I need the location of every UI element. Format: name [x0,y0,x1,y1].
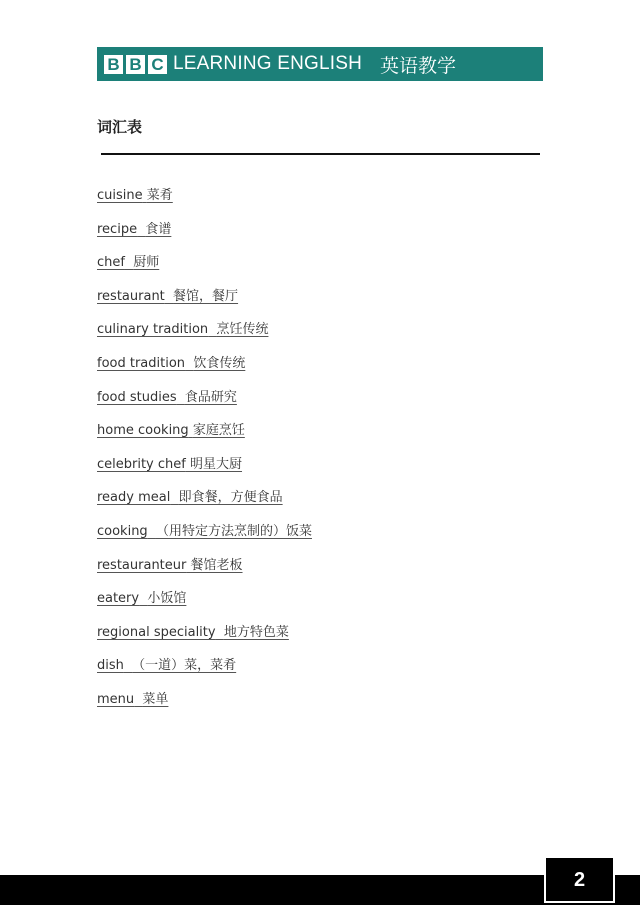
chinese-translation: 餐馆老板 [191,558,243,573]
chinese-translation: 厨师 [133,255,159,270]
vocabulary-entry: restaurant 餐馆，餐厅 [97,289,238,304]
bbc-logo-letter: C [148,55,167,74]
english-term: ready meal [97,490,170,505]
bbc-logo-letter: B [104,55,123,74]
vocabulary-entry: cooking （用特定方法烹制的）饭菜 [97,524,312,539]
vocabulary-item: celebrity chef 明星大厨 [97,453,312,487]
term-separator [170,490,178,505]
chinese-translation: 烹饪传统 [216,322,268,337]
english-term: cooking [97,524,148,539]
vocabulary-entry: eatery 小饭馆 [97,591,186,606]
chinese-translation: 餐馆，餐厅 [173,289,238,304]
vocabulary-entry: home cooking 家庭烹饪 [97,423,245,438]
english-term: celebrity chef [97,457,186,472]
english-term: food tradition [97,356,185,371]
english-term: restauranteur [97,558,186,573]
vocabulary-item: chef 厨师 [97,251,312,285]
chinese-translation: 家庭烹饪 [193,423,245,438]
bbc-logo-letter: B [126,55,145,74]
bbc-logo: B B C [104,55,167,74]
english-term: restaurant [97,289,165,304]
vocabulary-entry: ready meal 即食餐，方便食品 [97,490,283,505]
chinese-translation: （用特定方法烹制的）饭菜 [156,524,312,539]
term-separator [177,390,185,405]
chinese-translation: 明星大厨 [190,457,242,472]
english-term: eatery [97,591,139,606]
vocabulary-entry: menu 菜单 [97,692,168,707]
vocabulary-item: food studies 食品研究 [97,386,312,420]
term-separator [148,524,156,539]
chinese-translation: 食谱 [145,222,171,237]
vocabulary-entry: food studies 食品研究 [97,390,237,405]
english-term: chef [97,255,125,270]
vocabulary-item: eatery 小饭馆 [97,587,312,621]
english-term: menu [97,692,134,707]
chinese-translation: 饮食传统 [193,356,245,371]
vocabulary-item: culinary tradition 烹饪传统 [97,318,312,352]
english-term: home cooking [97,423,189,438]
chinese-translation: 小饭馆 [147,591,186,606]
vocabulary-item: restaurant 餐馆，餐厅 [97,285,312,319]
vocabulary-entry: regional speciality 地方特色菜 [97,625,289,640]
vocabulary-entry: culinary tradition 烹饪传统 [97,322,268,337]
section-title: 词汇表 [97,116,142,137]
english-term: culinary tradition [97,322,208,337]
chinese-translation: 即食餐，方便食品 [179,490,283,505]
vocabulary-entry: chef 厨师 [97,255,159,270]
chinese-translation: 地方特色菜 [224,625,289,640]
chinese-translation: 菜单 [142,692,168,707]
term-separator [216,625,224,640]
english-term: cuisine [97,188,143,203]
vocabulary-item: cooking （用特定方法烹制的）饭菜 [97,520,312,554]
vocabulary-entry: dish （一道）菜，菜肴 [97,658,236,673]
bbc-learning-english-banner: B B C LEARNING ENGLISH 英语教学 [97,47,543,81]
term-separator [125,255,133,270]
english-term: recipe [97,222,137,237]
vocabulary-list: cuisine 菜肴recipe 食谱chef 厨师restaurant 餐馆，… [97,184,312,722]
vocabulary-entry: celebrity chef 明星大厨 [97,457,242,472]
chinese-translation: 菜肴 [147,188,173,203]
brand-chinese-text: 英语教学 [380,51,456,78]
vocabulary-item: recipe 食谱 [97,218,312,252]
term-separator [165,289,173,304]
vocabulary-item: restauranteur 餐馆老板 [97,554,312,588]
brand-text: LEARNING ENGLISH [173,53,362,75]
page-number: 2 [544,856,615,903]
term-separator [124,658,132,673]
english-term: regional speciality [97,625,216,640]
vocabulary-item: food tradition 饮食传统 [97,352,312,386]
english-term: dish [97,658,124,673]
vocabulary-item: ready meal 即食餐，方便食品 [97,486,312,520]
vocabulary-item: menu 菜单 [97,688,312,722]
vocabulary-item: dish （一道）菜，菜肴 [97,654,312,688]
chinese-translation: 食品研究 [185,390,237,405]
vocabulary-item: cuisine 菜肴 [97,184,312,218]
vocabulary-item: home cooking 家庭烹饪 [97,419,312,453]
vocabulary-entry: restauranteur 餐馆老板 [97,558,243,573]
vocabulary-entry: cuisine 菜肴 [97,188,173,203]
vocabulary-entry: recipe 食谱 [97,222,171,237]
vocabulary-entry: food tradition 饮食传统 [97,356,245,371]
title-divider [101,153,540,155]
chinese-translation: （一道）菜，菜肴 [132,658,236,673]
vocabulary-item: regional speciality 地方特色菜 [97,621,312,655]
english-term: food studies [97,390,177,405]
